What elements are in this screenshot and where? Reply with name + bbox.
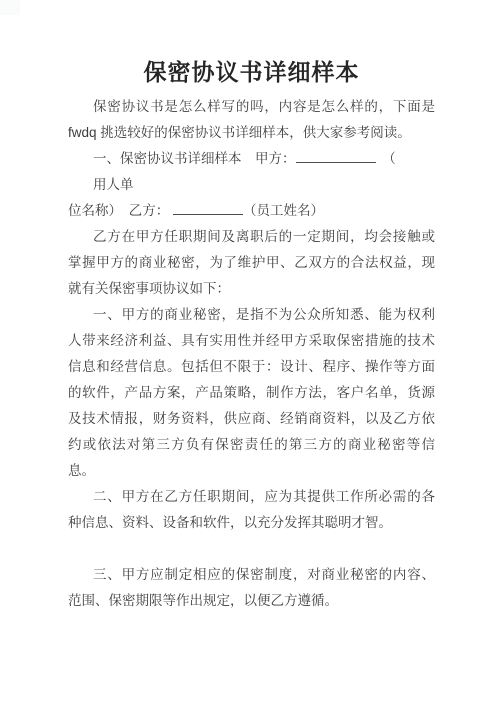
parties-line-3: 位名称） 乙方： （员工姓名） (68, 198, 435, 224)
clause-3-line-2: 范围、保密期限等作出规定，以便乙方遵循。 (68, 588, 435, 614)
clause-3-line-1: 三、甲方应制定相应的保密制度，对商业秘密的内容、 (68, 562, 435, 588)
page-corner-artifact (0, 0, 20, 15)
party-a-field (296, 148, 376, 163)
document-content: 保密协议书详细样本 保密协议书是怎么样写的吗，内容是怎么样的，下面是fwdq 挑… (0, 0, 500, 614)
clause-1-line-5: 及技术情报，财务资料，供应商、经销商资料，以及乙方依 (68, 406, 435, 432)
clause-1-line-6: 约或依法对第三方负有保密责任的第三方的商业秘密等信 (68, 432, 435, 458)
clause-1-line-3: 信息和经营信息。包括但不限于：设计、程序、操作等方面 (68, 354, 435, 380)
preamble-line-2: 掌握甲方的商业秘密，为了维护甲、乙双方的合法权益，现 (68, 250, 435, 276)
intro-line-1: 保密协议书是怎么样写的吗，内容是怎么样的，下面是 (68, 94, 435, 120)
blank-spacer-line (68, 536, 435, 562)
document-title: 保密协议书详细样本 (68, 57, 435, 87)
clause-2-line-2: 种信息、资料、设备和软件，以充分发挥其聪明才智。 (68, 510, 435, 536)
clause-1-line-1: 一、甲方的商业秘密，是指不为公众所知悉、能为权利 (68, 302, 435, 328)
clause-1-line-2: 人带来经济利益、具有实用性并经甲方采取保密措施的技术 (68, 328, 435, 354)
clause-1-line-7: 息。 (68, 458, 435, 484)
parties-line-2: 用人单 (68, 172, 435, 198)
clause-2-line-1: 二、甲方在乙方任职期间，应为其提供工作所必需的各 (68, 484, 435, 510)
document-page: 保密协议书详细样本 保密协议书是怎么样写的吗，内容是怎么样的，下面是fwdq 挑… (0, 0, 500, 708)
document-body: 保密协议书是怎么样写的吗，内容是怎么样的，下面是fwdq 挑选较好的保密协议书详… (68, 94, 435, 614)
clause-1-line-4: 的软件，产品方案，产品策略，制作方法，客户名单，货源 (68, 380, 435, 406)
preamble-line-1: 乙方在甲方任职期间及离职后的一定期间，均会接触或 (68, 224, 435, 250)
preamble-line-3: 就有关保密事项协议如下： (68, 276, 435, 302)
party-b-field (173, 200, 243, 215)
intro-line-2: fwdq 挑选较好的保密协议书详细样本，供大家参考阅读。 (68, 120, 435, 146)
parties-line-1: 一、保密协议书详细样本 甲方： （ (68, 146, 435, 172)
